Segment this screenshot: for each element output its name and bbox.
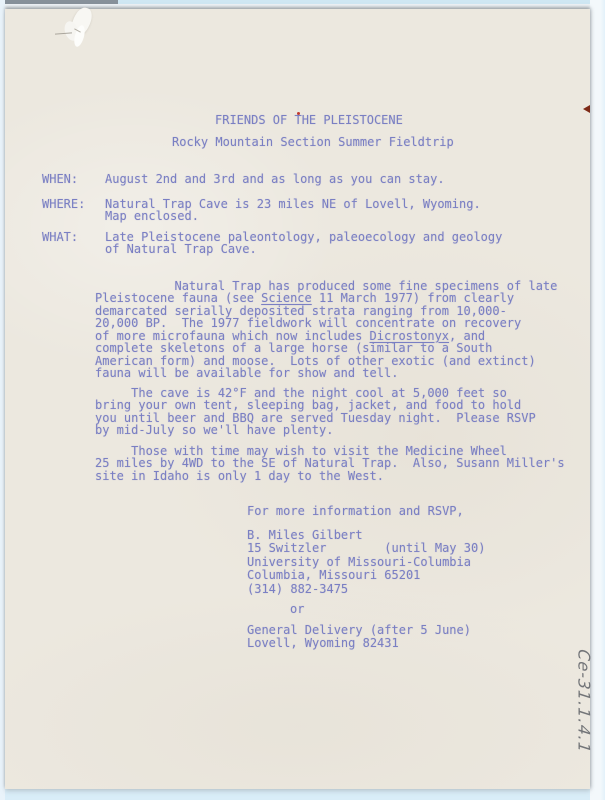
when-text: August 2nd and 3rd and as long as you ca…: [105, 173, 445, 185]
scanned-letter-page: FRIENDS OF THE PLEISTOCENE Rocky Mountai…: [5, 9, 590, 789]
body-paragraph-natural-trap: Natural Trap has produced some fine spec…: [95, 280, 557, 380]
info-line: For more information and RSVP,: [247, 505, 464, 517]
where-label: WHERE:: [42, 198, 85, 210]
body-paragraph-cave-conditions: The cave is 42°F and the night cool at 5…: [95, 387, 536, 437]
letter-title: FRIENDS OF THE PLEISTOCENE: [215, 114, 403, 126]
what-label: WHAT:: [42, 231, 78, 243]
what-text: Late Pleistocene paleontology, paleoecol…: [105, 231, 502, 256]
where-text: Natural Trap Cave is 23 miles NE of Love…: [105, 198, 481, 223]
body-paragraph-medicine-wheel: Those with time may wish to visit the Me…: [95, 445, 565, 482]
alternate-address-block: General Delivery (after 5 June) Lovell, …: [247, 624, 471, 650]
when-label: WHEN:: [42, 173, 78, 185]
paper-edge-stain: [583, 105, 590, 113]
or-separator: or: [290, 603, 304, 615]
contact-address-block: B. Miles Gilbert 15 Switzler (until May …: [247, 529, 485, 596]
handwritten-catalog-number: Ce-31.1.4.1: [577, 635, 594, 767]
scanner-edge-dark-sliver: [0, 0, 118, 4]
letter-subtitle: Rocky Mountain Section Summer Fieldtrip: [172, 136, 454, 148]
scanner-background-bottom: [0, 789, 605, 800]
